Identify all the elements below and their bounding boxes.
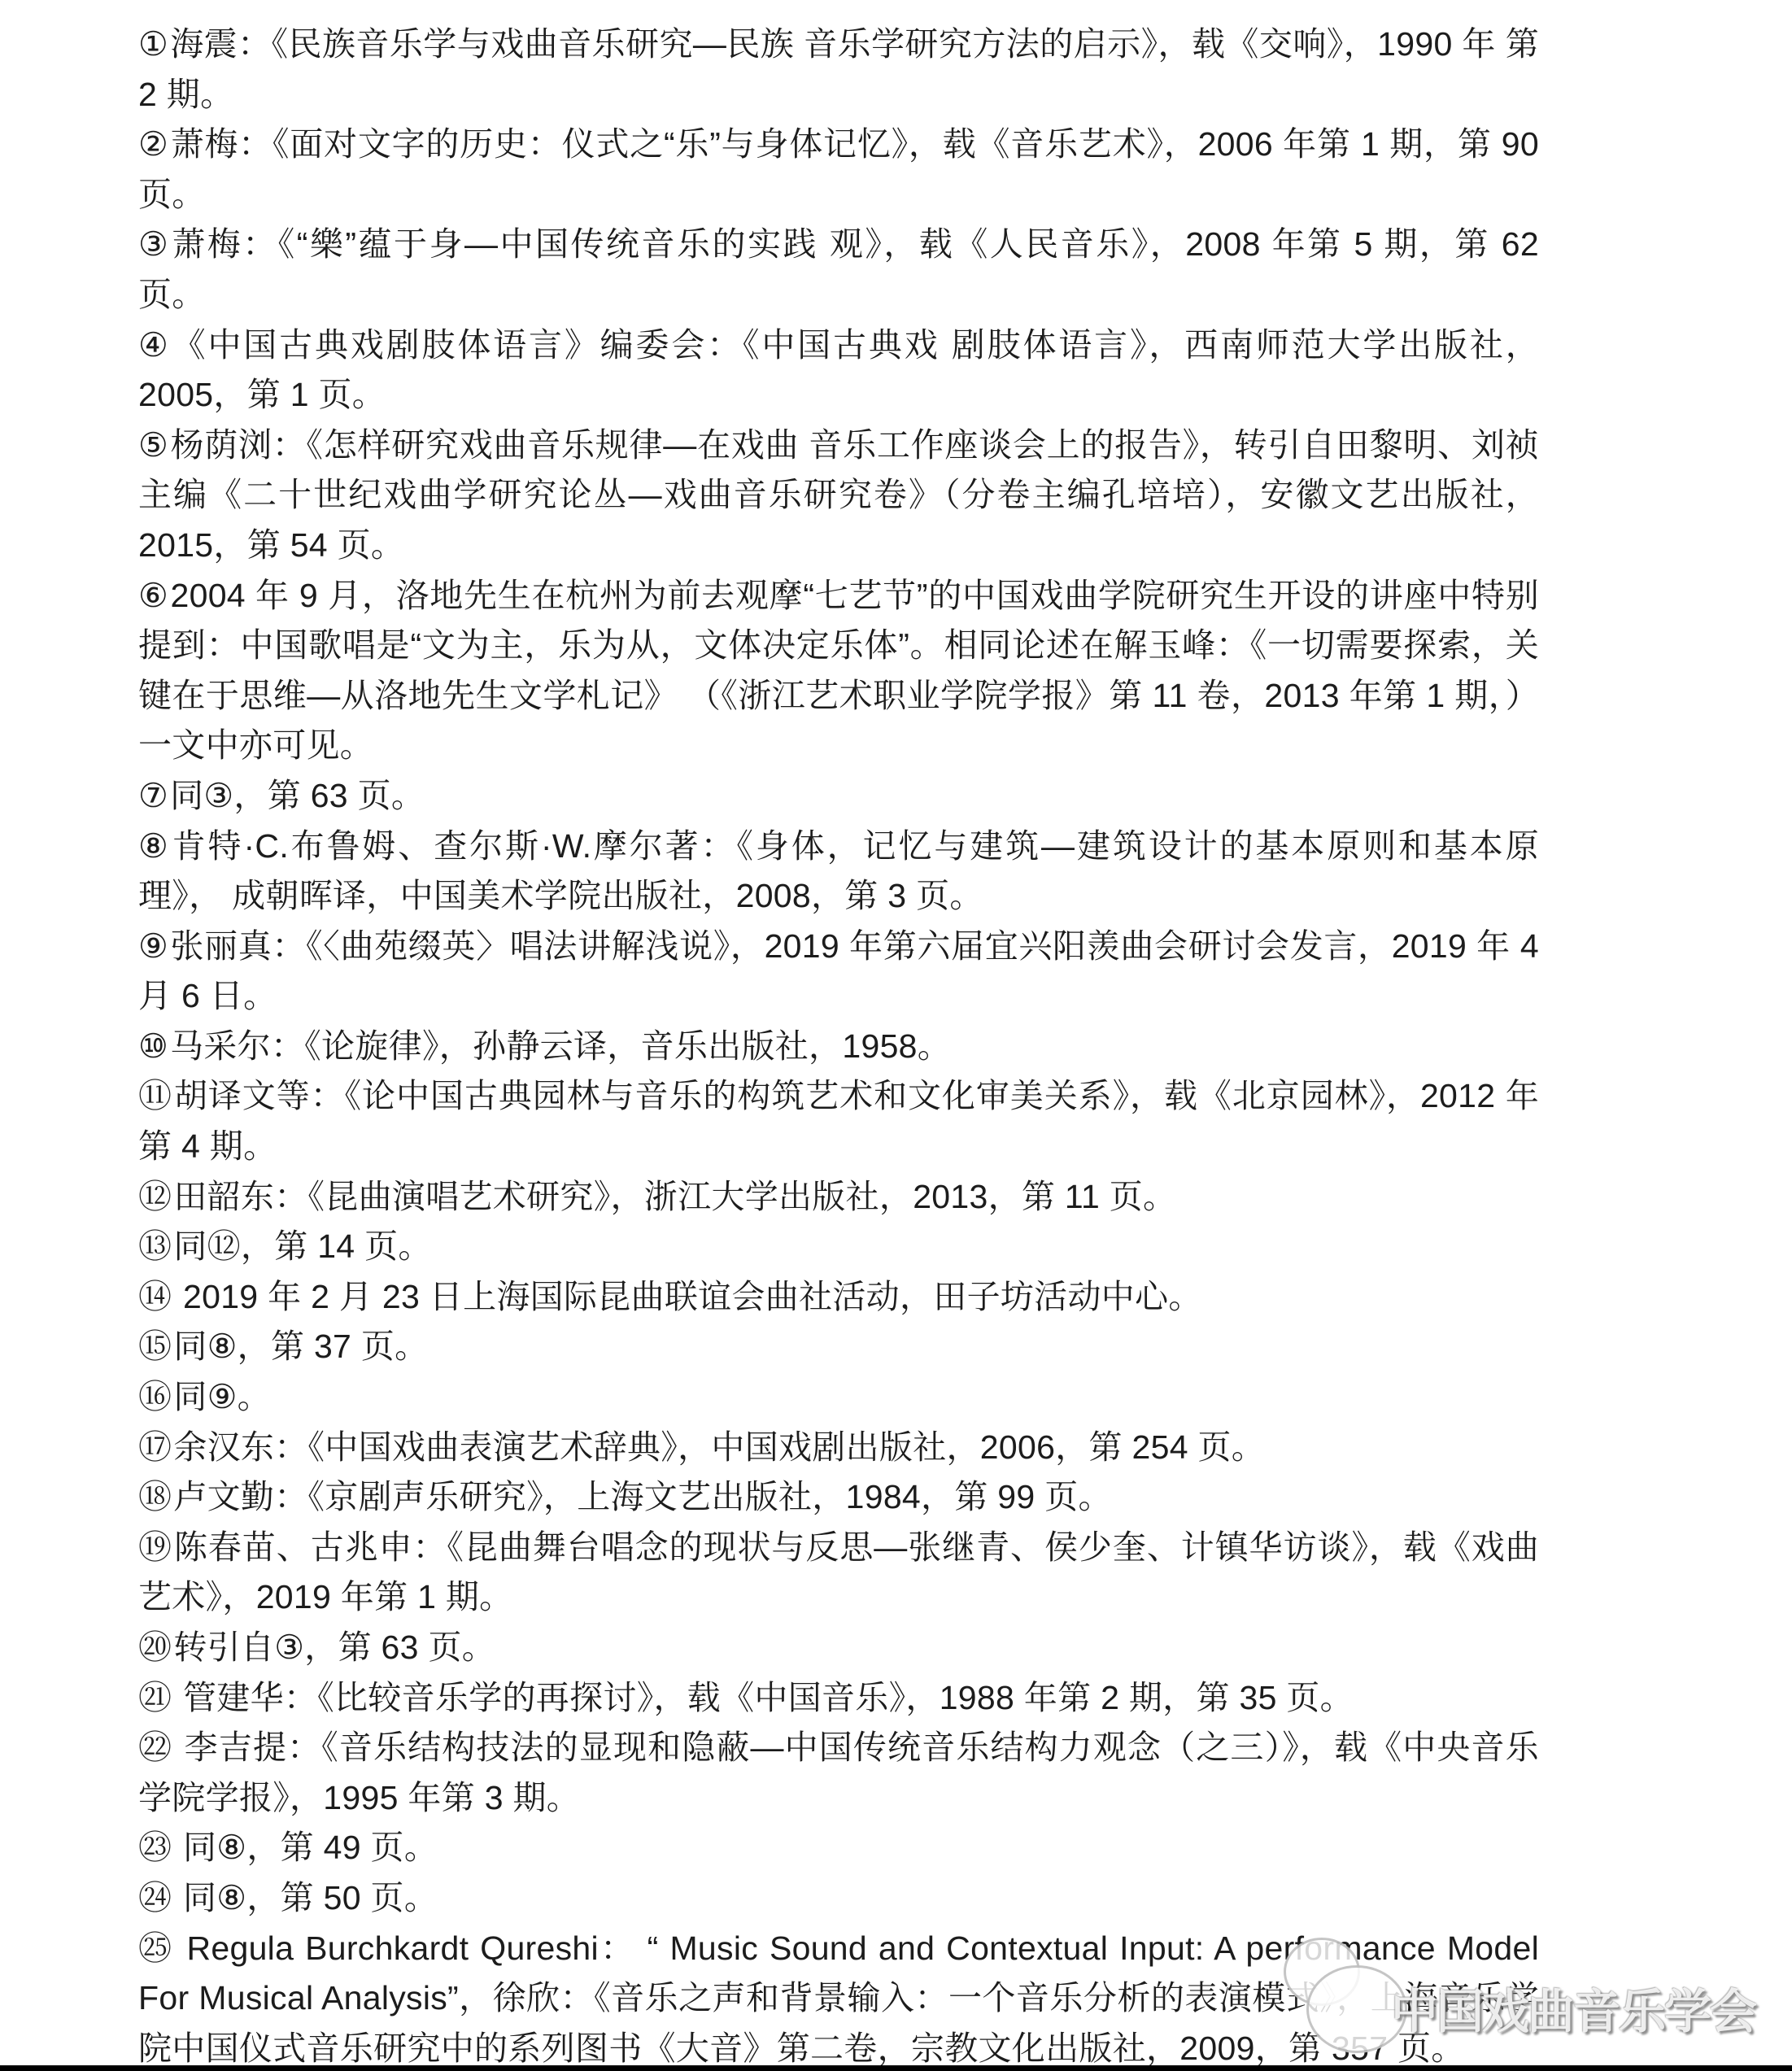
footnote-text: 肯特·C.布鲁姆、查尔斯·W.摩尔著：《身体，记忆与建筑—建筑设计的基本原则和基… [138,827,1539,915]
footnote-marker: ⑬ [138,1227,172,1265]
footnote-marker: ⑥ [138,577,169,614]
footnote-text: 杨荫浏：《怎样研究戏曲音乐规律—在戏曲 音乐工作座谈会上的报告》，转引自田黎明、… [138,426,1539,564]
footnote-marker: ④ [138,326,171,364]
footnote-text: 卢文勤：《京剧声乐研究》，上海文艺出版社，1984，第 99 页。 [173,1478,1112,1515]
footnote-marker: ⑨ [138,927,168,965]
footnotes-list: ①海震：《民族音乐学与戏曲音乐研究—民族 音乐学研究方法的启示》，载《交响》，1… [138,20,1539,2071]
footnote-item: ㉓ 同⑧，第 49 页。 [138,1823,1539,1873]
footnote-item: ⑭ 2019 年 2 月 23 日上海国际昆曲联谊会曲社活动，田子坊活动中心。 [138,1272,1539,1323]
footnote-marker: ㉒ [138,1729,172,1766]
footnote-marker: ⑰ [138,1428,172,1466]
footnote-text: 同⑫，第 14 页。 [173,1227,431,1265]
footnote-text: 海震：《民族音乐学与戏曲音乐研究—民族 音乐学研究方法的启示》，载《交响》，19… [138,25,1539,113]
footnote-text: 同⑧，第 37 页。 [173,1328,428,1365]
footnote-marker: ⑩ [138,1027,168,1065]
footnote-text: 李吉提：《音乐结构技法的显现和隐蔽—中国传统音乐结构力观念（之三）》，载《中央音… [138,1729,1539,1816]
document-page: ①海震：《民族音乐学与戏曲音乐研究—民族 音乐学研究方法的启示》，载《交响》，1… [0,0,1792,2071]
bottom-rule [0,2065,1792,2071]
footnote-text: 同⑨。 [173,1378,271,1415]
footnote-marker: ⑳ [138,1628,172,1666]
footnote-item: ⑩马采尔：《论旋律》，孙静云译，音乐出版社，1958。 [138,1022,1539,1072]
footnote-marker: ⑧ [138,827,171,865]
footnote-item: ⑨张丽真：《〈曲苑缀英〉唱法讲解浅说》，2019 年第六届宜兴阳羡曲会研讨会发言… [138,922,1539,1022]
footnote-text: 《中国古典戏剧肢体语言》编委会：《中国古典戏 剧肢体语言》，西南师范大学出版社，… [138,326,1539,414]
footnote-item: ⑰余汉东：《中国戏曲表演艺术辞典》，中国戏剧出版社，2006，第 254 页。 [138,1423,1539,1473]
footnote-item: ㉕ Regula Burchkardt Qureshi： “ Music Sou… [138,1924,1539,2071]
footnote-item: ㉒ 李吉提：《音乐结构技法的显现和隐蔽—中国传统音乐结构力观念（之三）》，载《中… [138,1723,1539,1823]
footnote-marker: ⑱ [138,1478,172,1515]
footnote-text: 转引自③，第 63 页。 [173,1628,495,1666]
footnote-text: 余汉东：《中国戏曲表演艺术辞典》，中国戏剧出版社，2006，第 254 页。 [173,1428,1265,1466]
footnote-marker: ⑪ [138,1077,172,1114]
footnote-marker: ㉔ [138,1879,172,1916]
footnote-item: ⑳转引自③，第 63 页。 [138,1623,1539,1673]
footnote-marker: ⑭ [138,1278,172,1315]
footnote-item: ㉑ 管建华：《比较音乐学的再探讨》，载《中国音乐》，1988 年第 2 期，第 … [138,1673,1539,1724]
footnote-marker: ㉓ [138,1829,172,1866]
footnote-text: 陈春苗、古兆申：《昆曲舞台唱念的现状与反思—张继青、侯少奎、计镇华访谈》，载《戏… [138,1528,1539,1616]
footnote-text: 田韶东：《昆曲演唱艺术研究》，浙江大学出版社，2013，第 11 页。 [173,1178,1176,1215]
footnote-text: 同⑧，第 50 页。 [173,1879,438,1916]
footnote-marker: ㉑ [138,1679,172,1716]
footnote-marker: ⑮ [138,1328,172,1365]
footnote-item: ⑥2004 年 9 月，洛地先生在杭州为前去观摩“七艺节”的中国戏曲学院研究生开… [138,571,1539,771]
footnote-item: ⑫田韶东：《昆曲演唱艺术研究》，浙江大学出版社，2013，第 11 页。 [138,1172,1539,1223]
footnote-text: 2004 年 9 月，洛地先生在杭州为前去观摩“七艺节”的中国戏曲学院研究生开设… [138,577,1539,765]
footnote-text: 同⑧，第 49 页。 [173,1829,438,1866]
footnote-item: ⑪胡译文等：《论中国古典园林与音乐的构筑艺术和文化审美关系》，载《北京园林》，2… [138,1071,1539,1171]
footnote-item: ⑦同③，第 63 页。 [138,771,1539,822]
footnote-text: 张丽真：《〈曲苑缀英〉唱法讲解浅说》，2019 年第六届宜兴阳羡曲会研讨会发言，… [138,927,1539,1015]
footnote-item: ⑯同⑨。 [138,1372,1539,1423]
footnote-item: ⑬同⑫，第 14 页。 [138,1222,1539,1272]
footnote-marker: ⑯ [138,1378,172,1415]
footnote-marker: ⑫ [138,1178,172,1215]
footnote-text: 萧梅：《面对文字的历史：仪式之“乐”与身体记忆》，载《音乐艺术》，2006 年第… [138,125,1539,213]
footnote-item: ⑧肯特·C.布鲁姆、查尔斯·W.摩尔著：《身体，记忆与建筑—建筑设计的基本原则和… [138,822,1539,922]
footnote-text: 管建华：《比较音乐学的再探讨》，载《中国音乐》，1988 年第 2 期，第 35… [173,1679,1354,1716]
footnote-text: 同③，第 63 页。 [170,777,425,814]
footnote-marker: ⑲ [138,1528,172,1566]
footnote-item: ⑮同⑧，第 37 页。 [138,1322,1539,1372]
footnote-item: ③萧梅：《“樂”蕴于身—中国传统音乐的实践 观》，载《人民音乐》，2008 年第… [138,220,1539,320]
footnote-item: ㉔ 同⑧，第 50 页。 [138,1873,1539,1924]
footnote-marker: ⑦ [138,777,168,814]
footnote-item: ①海震：《民族音乐学与戏曲音乐研究—民族 音乐学研究方法的启示》，载《交响》，1… [138,20,1539,120]
footnote-marker: ㉕ [138,1929,174,1967]
footnote-text: 2019 年 2 月 23 日上海国际昆曲联谊会曲社活动，田子坊活动中心。 [173,1278,1201,1315]
footnote-text: 萧梅：《“樂”蕴于身—中国传统音乐的实践 观》，载《人民音乐》，2008 年第 … [138,225,1539,313]
footnote-item: ⑤杨荫浏：《怎样研究戏曲音乐规律—在戏曲 音乐工作座谈会上的报告》，转引自田黎明… [138,421,1539,571]
footnote-marker: ③ [138,225,170,263]
footnote-item: ④《中国古典戏剧肢体语言》编委会：《中国古典戏 剧肢体语言》，西南师范大学出版社… [138,320,1539,421]
footnote-marker: ② [138,125,169,163]
footnote-text: 马采尔：《论旋律》，孙静云译，音乐出版社，1958。 [170,1027,951,1065]
footnote-text: 胡译文等：《论中国古典园林与音乐的构筑艺术和文化审美关系》，载《北京园林》，20… [138,1077,1539,1165]
footnote-item: ⑱卢文勤：《京剧声乐研究》，上海文艺出版社，1984，第 99 页。 [138,1472,1539,1523]
footnote-item: ⑲陈春苗、古兆申：《昆曲舞台唱念的现状与反思—张继青、侯少奎、计镇华访谈》，载《… [138,1523,1539,1623]
footnote-marker: ① [138,25,168,63]
footnote-marker: ⑤ [138,426,169,464]
footnote-item: ②萧梅：《面对文字的历史：仪式之“乐”与身体记忆》，载《音乐艺术》，2006 年… [138,120,1539,220]
footnote-text: Regula Burchkardt Qureshi： “ Music Sound… [138,1929,1539,2067]
